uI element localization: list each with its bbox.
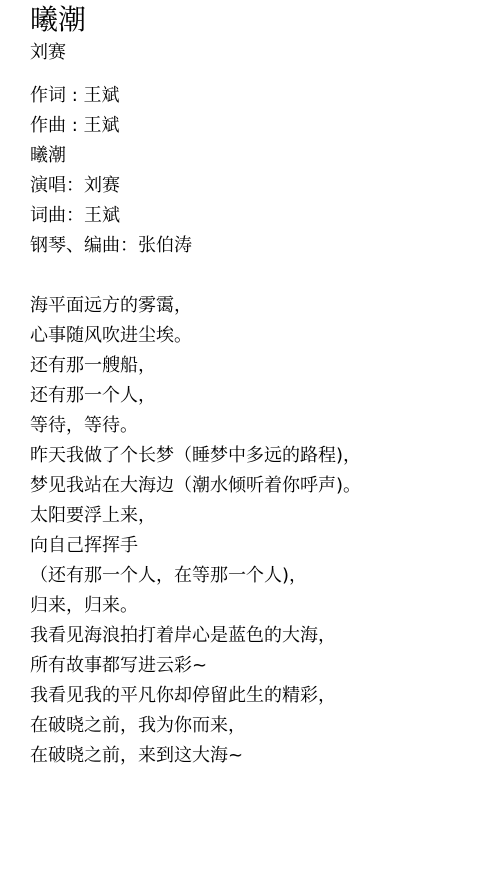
credit-words-music: 词曲：王斌 bbox=[30, 201, 361, 231]
lyric-line: 还有那一艘船， bbox=[30, 351, 361, 381]
lyric-line: 等待，等待。 bbox=[30, 411, 361, 441]
lyric-line: 海平面远方的雾霭， bbox=[30, 291, 361, 321]
lyric-line: 心事随风吹进尘埃。 bbox=[30, 321, 361, 351]
lyric-line: 归来，归来。 bbox=[30, 591, 361, 621]
song-artist: 刘赛 bbox=[30, 42, 66, 64]
lyrics-list: 作词 : 王斌 作曲 : 王斌 曦潮 演唱：刘赛 词曲：王斌 钢琴、编曲：张伯涛… bbox=[30, 81, 361, 771]
lyric-line: 在破晓之前，来到这大海~ bbox=[30, 741, 361, 771]
lyric-line: 太阳要浮上来， bbox=[30, 501, 361, 531]
song-title: 曦潮 bbox=[30, 2, 86, 38]
lyric-line: （还有那一个人，在等那一个人)， bbox=[30, 561, 361, 591]
lyric-line: 在破晓之前，我为你而来， bbox=[30, 711, 361, 741]
lyric-line: 向自己挥挥手 bbox=[30, 531, 361, 561]
credit-singer: 演唱：刘赛 bbox=[30, 171, 361, 201]
lyric-line: 梦见我站在大海边（潮水倾听着你呼声)。 bbox=[30, 471, 361, 501]
lyric-line: 我看见海浪拍打着岸心是蓝色的大海， bbox=[30, 621, 361, 651]
credit-piano-arrangement: 钢琴、编曲：张伯涛 bbox=[30, 231, 361, 261]
lyric-line: 我看见我的平凡你却停留此生的精彩， bbox=[30, 681, 361, 711]
blank-line bbox=[30, 261, 361, 291]
lyric-line: 昨天我做了个长梦（睡梦中多远的路程)， bbox=[30, 441, 361, 471]
credit-song-name: 曦潮 bbox=[30, 141, 361, 171]
lyric-line: 所有故事都写进云彩~ bbox=[30, 651, 361, 681]
credit-composer: 作曲 : 王斌 bbox=[30, 111, 361, 141]
credit-lyricist: 作词 : 王斌 bbox=[30, 81, 361, 111]
lyric-line: 还有那一个人， bbox=[30, 381, 361, 411]
